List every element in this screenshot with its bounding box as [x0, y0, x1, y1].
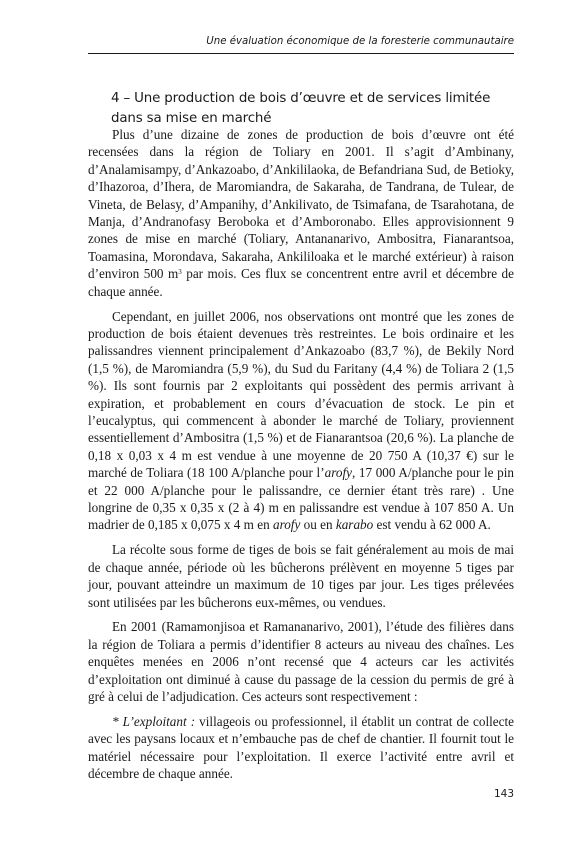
italic-term: karabo: [336, 517, 373, 532]
page-number: 143: [480, 788, 514, 800]
text-span: ou en: [300, 517, 336, 532]
paragraph-2: Cependant, en juillet 2006, nos observat…: [88, 308, 514, 534]
text-span: est vendu à 62 000 A.: [373, 517, 491, 532]
paragraph-3: La récolte sous forme de tiges de bois s…: [88, 541, 514, 611]
paragraph-4: En 2001 (Ramamonjisoa et Ramananarivo, 2…: [88, 618, 514, 705]
paragraph-5: * L’exploitant : villageois ou professio…: [88, 713, 514, 783]
running-head: Une évaluation économique de la forester…: [88, 36, 514, 47]
italic-term: arofy: [325, 465, 352, 480]
header-rule: [88, 53, 514, 54]
section-title: 4 – Une production de bois d’œuvre et de…: [111, 89, 517, 129]
italic-term: arofy: [273, 517, 300, 532]
superscript: 3: [178, 268, 182, 276]
italic-term: * L’exploitant :: [112, 714, 195, 729]
text-span: Plus d’une dizaine de zones de productio…: [88, 127, 514, 281]
body-text: Plus d’une dizaine de zones de productio…: [88, 126, 514, 790]
document-page: Une évaluation économique de la forester…: [0, 0, 567, 851]
text-span: Cependant, en juillet 2006, nos observat…: [88, 309, 514, 481]
paragraph-1: Plus d’une dizaine de zones de productio…: [88, 126, 514, 300]
